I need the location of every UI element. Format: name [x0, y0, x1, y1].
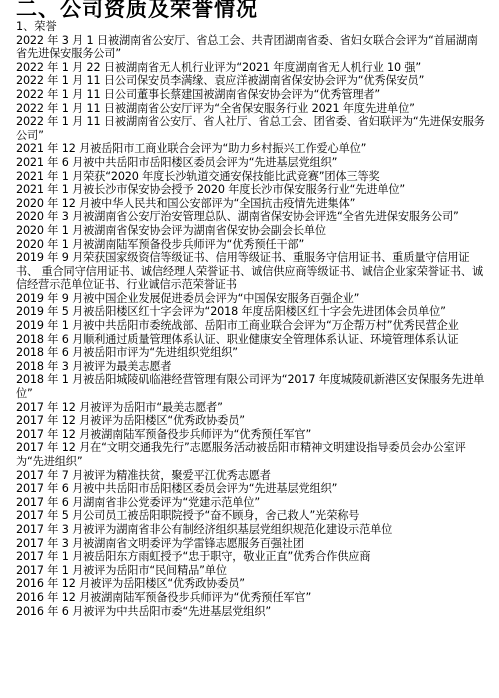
list-item: 2017 年 3 月被湖南省文明委评为学雷锋志愿服务百强社团: [16, 537, 486, 551]
list-item: 2016 年 12 月被湖南陆军预备役步兵师评为“优秀预任军官”: [16, 591, 486, 605]
list-item: 2017 年 5 月公司员工被岳阳职院授予“奋不顾身，舍己救人”光荣称号: [16, 509, 486, 523]
list-item: 2022 年 3 月 1 日被湖南省公安厅、省总工会、共青团湖南省委、省妇女联合…: [16, 34, 486, 61]
list-item: 2020 年 12 月被中华人民共和国公安部评为“全国抗击疫情先进集体”: [16, 197, 486, 211]
list-item: 2019 年 1 月被中共岳阳市委统战部、岳阳市工商业联合会评为“万企帮万村”优…: [16, 319, 486, 333]
list-item: 2017 年 3 月被评为湖南省非公有制经济组织基层党组织规范化建设示范单位: [16, 523, 486, 537]
list-item: 2016 年 6 月被评为中共岳阳市委“先进基层党组织”: [16, 605, 486, 619]
list-item: 2021 年 1 月荣获“2020 年度长沙轨道交通安保技能比武竞赛”团体三等奖: [16, 170, 486, 184]
list-item: 2017 年 12 月被湖南陆军预备役步兵师评为“优秀预任军官”: [16, 428, 486, 442]
list-item: 2022 年 1 月 11 日被湖南省公安厅、省人社厅、省总工会、团省委、省妇联…: [16, 115, 486, 142]
list-item: 2018 年 3 月被评为最美志愿者: [16, 360, 486, 374]
list-item: 2017 年 1 月被岳阳东方雨虹授予“忠于职守，敬业正直”优秀合作供应商: [16, 550, 486, 564]
list-item: 2020 年 1 月被湖南陆军预备役步兵师评为“优秀预任干部”: [16, 238, 486, 252]
list-item: 2017 年 1 月被评为岳阳市“民间精品”单位: [16, 564, 486, 578]
list-item: 2018 年 6 月被岳阳市评为“先进组织党组织”: [16, 346, 486, 360]
section-title: 二、公司资质及荣誉情况: [16, 0, 486, 20]
list-item: 2018 年 6 月顺利通过质量管理体系认证、职业健康安全管理体系认证、环境管理…: [16, 333, 486, 347]
list-item: 2019 年 9 月荣获国家级资信等级证书、信用等级证书、重服务守信用证书、重质…: [16, 251, 486, 292]
list-item: 2021 年 12 月被岳阳市工商业联合会评为“助力乡村振兴工作爱心单位”: [16, 142, 486, 156]
document-page: 二、公司资质及荣誉情况 1、荣誉 2022 年 3 月 1 日被湖南省公安厅、省…: [16, 0, 486, 618]
list-item: 2022 年 1 月 11 日公司保安员李满缘、袁应洋被湖南省保安协会评为“优秀…: [16, 74, 486, 88]
list-item: 2017 年 6 月被中共岳阳市岳阳楼区委员会评为“先进基层党组织”: [16, 482, 486, 496]
list-item: 2017 年 12 月在“文明交通我先行”志愿服务活动被岳阳市精神文明建设指导委…: [16, 441, 486, 468]
list-item: 2019 年 9 月被中国企业发展促进委员会评为“中国保安服务百强企业”: [16, 292, 486, 306]
list-item: 2017 年 12 月被评为岳阳市“最美志愿者”: [16, 401, 486, 415]
list-item: 2022 年 1 月 11 日被湖南省公安厅评为“全省保安服务行业 2021 年…: [16, 102, 486, 116]
list-item: 2020 年 3 月被湖南省公安厅治安管理总队、湖南省保安协会评选“全省先进保安…: [16, 210, 486, 224]
honors-list: 2022 年 3 月 1 日被湖南省公安厅、省总工会、共青团湖南省委、省妇女联合…: [16, 34, 486, 619]
list-item: 2017 年 12 月被评为岳阳楼区“优秀政协委员”: [16, 414, 486, 428]
subsection-title: 1、荣誉: [16, 20, 486, 34]
list-item: 2020 年 1 月被湖南省保安协会评为湖南省保安协会副会长单位: [16, 224, 486, 238]
list-item: 2021 年 6 月被中共岳阳市岳阳楼区委员会评为“先进基层党组织”: [16, 156, 486, 170]
list-item: 2022 年 1 月 22 日被湖南省无人机行业评为“2021 年度湖南省无人机…: [16, 61, 486, 75]
list-item: 2022 年 1 月 11 日公司董事长蔡建国被湖南省保安协会评为“优秀管理者”: [16, 88, 486, 102]
list-item: 2021 年 1 月被长沙市保安协会授予 2020 年度长沙市保安服务行业“先进…: [16, 183, 486, 197]
list-item: 2017 年 7 月被评为精准扶贫，聚爱平江优秀志愿者: [16, 469, 486, 483]
list-item: 2018 年 1 月被岳阳城陵矶临港经营管理有限公司评为“2017 年度城陵矶新…: [16, 373, 486, 400]
list-item: 2019 年 5 月被岳阳楼区红十字会评为“2018 年度岳阳楼区红十字会先进团…: [16, 305, 486, 319]
list-item: 2017 年 6 月湖南省非公党委评为“党建示范单位”: [16, 496, 486, 510]
list-item: 2016 年 12 月被评为岳阳楼区“优秀政协委员”: [16, 577, 486, 591]
